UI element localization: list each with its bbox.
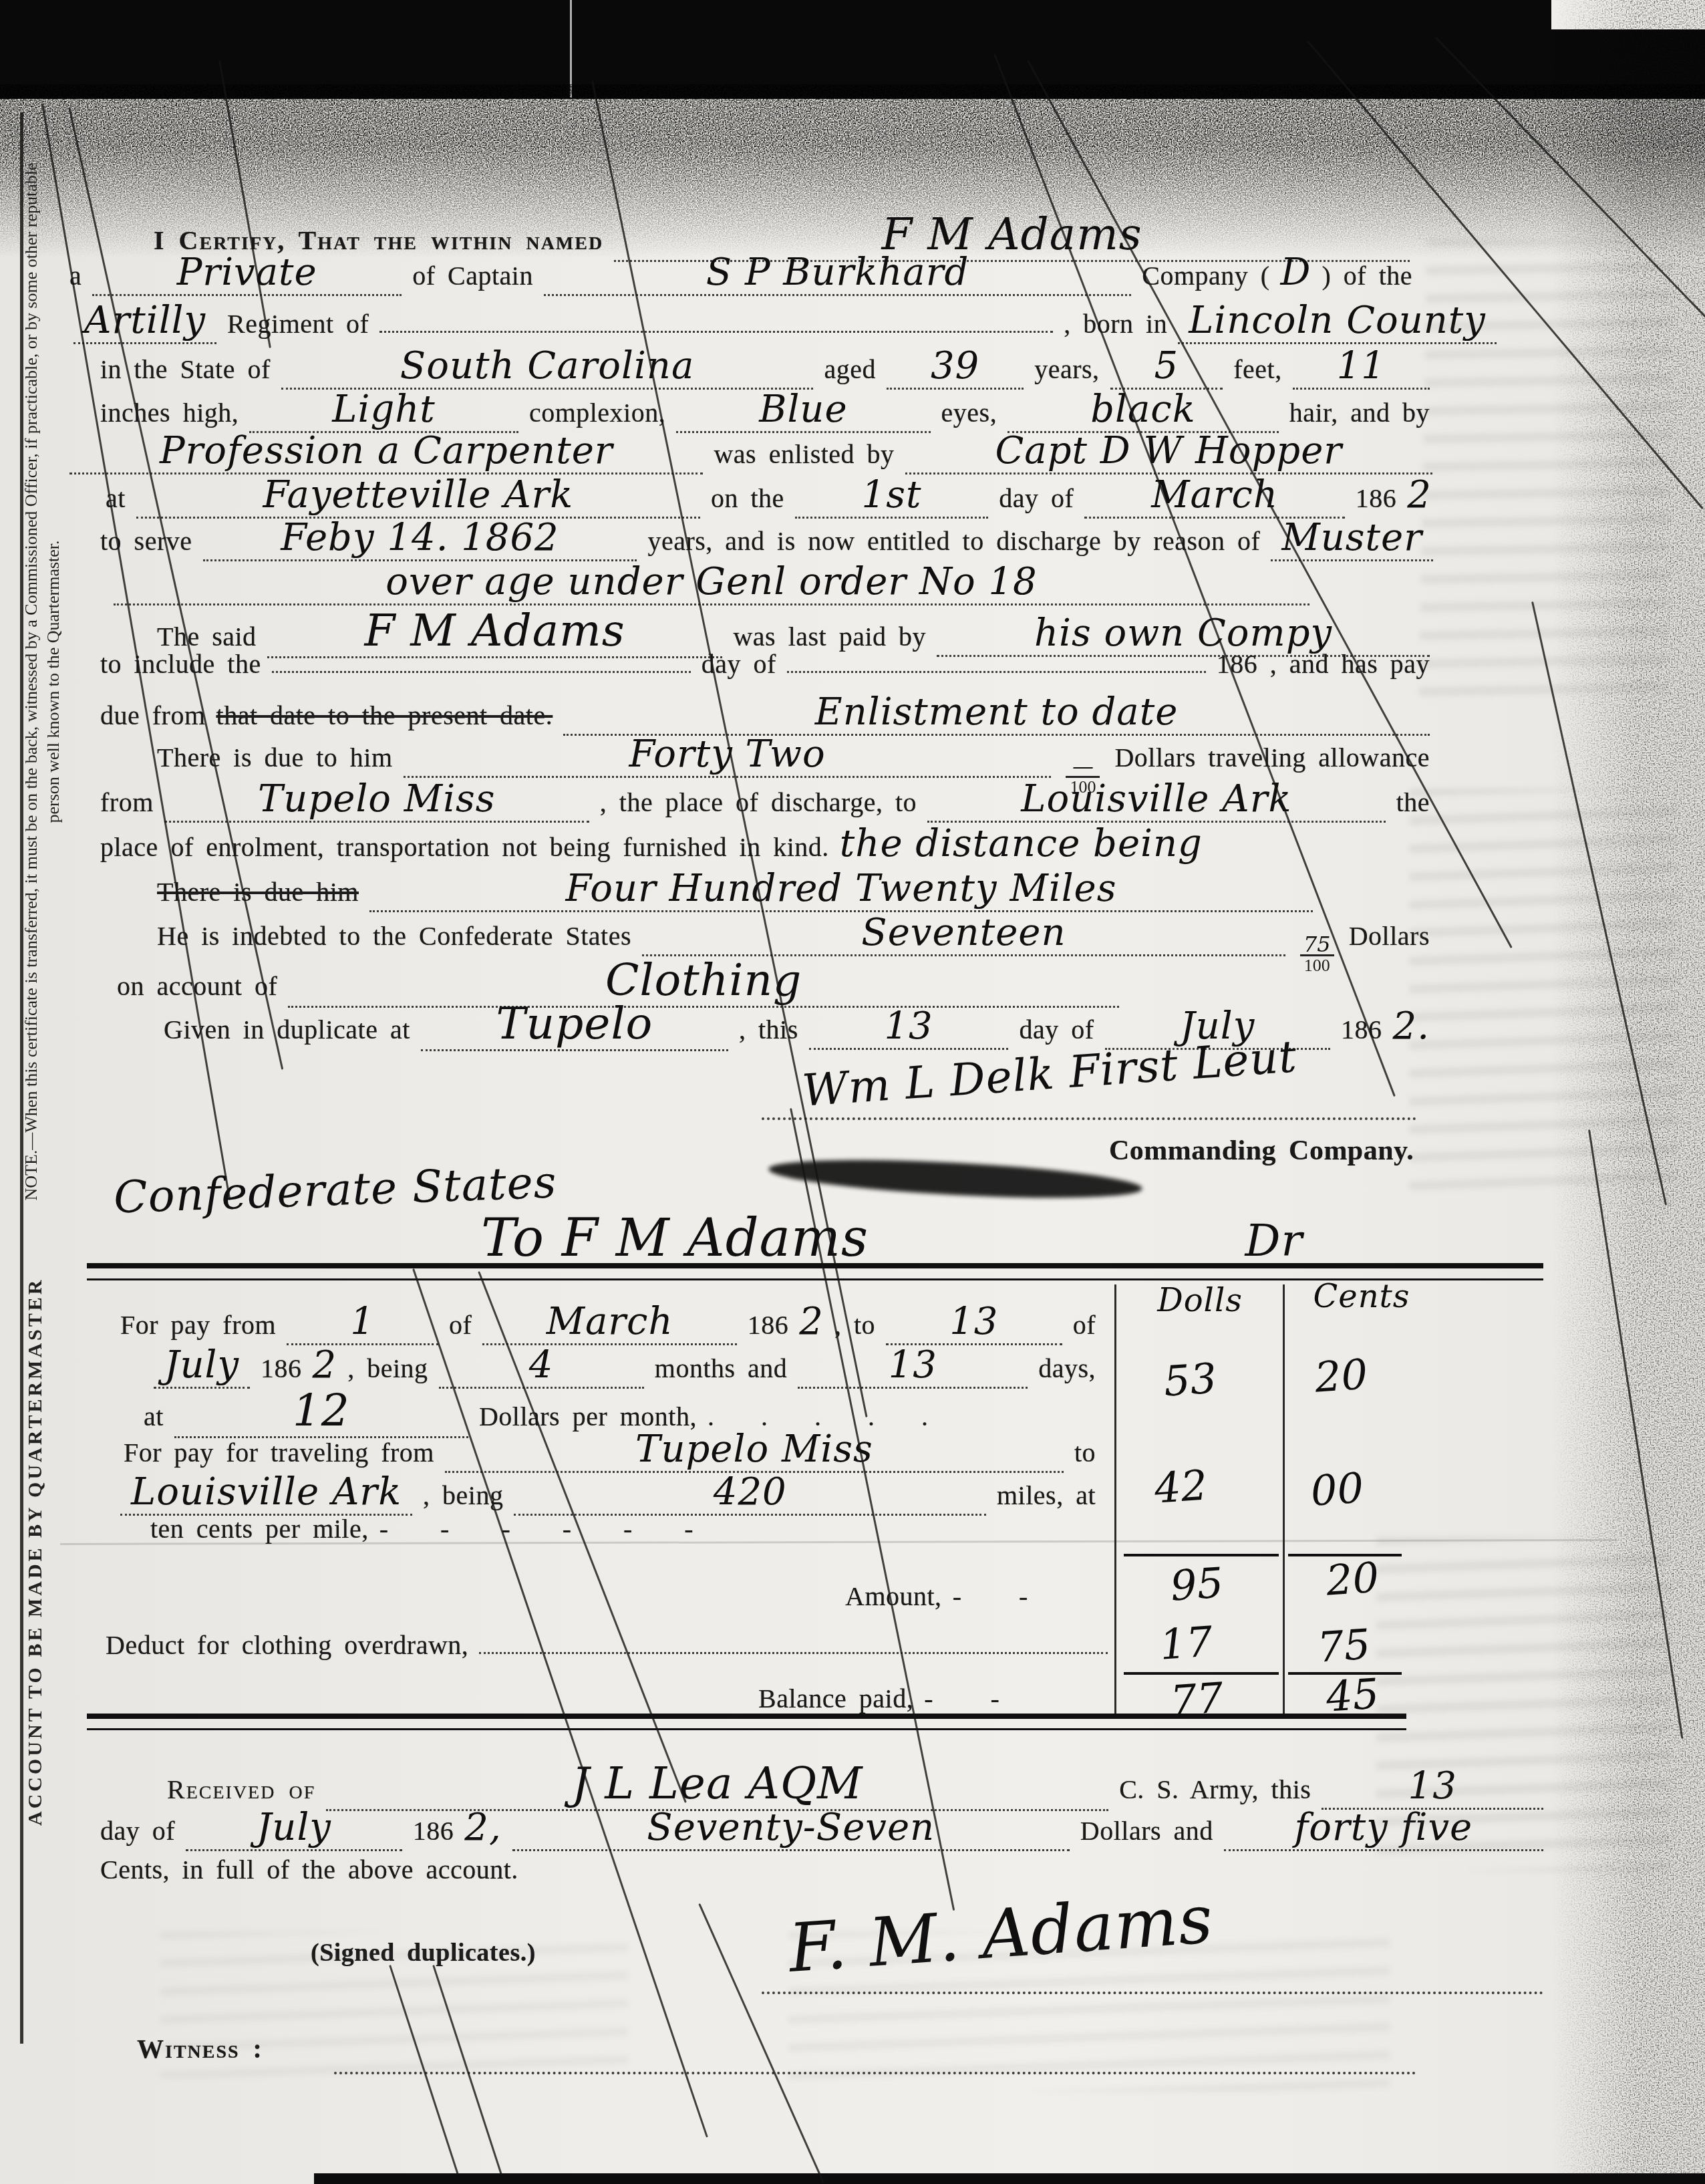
certificate-line-6: Profession a Carpenter was enlisted by C…: [69, 429, 1432, 474]
to-debtor-text: To F M Adams: [481, 1208, 869, 1268]
enlist-month-fill: March: [1084, 473, 1345, 519]
age-fill: 39: [887, 344, 1024, 390]
print-to-2: , to: [834, 1309, 875, 1341]
print-entitled-discharge: years, and is now entitled to discharge …: [647, 525, 1260, 557]
days-count-fill: 13: [798, 1343, 1028, 1389]
enrolment-place-fill: Louisville Ark: [927, 777, 1386, 823]
bleed-through-text: [1376, 1537, 1670, 1871]
indebted-cents-fraction: 75 100: [1300, 935, 1334, 973]
debtor-dr: Dr: [1245, 1215, 1303, 1266]
table-row-pay-1: For pay from 1 of March 186 2 , to 13 of: [120, 1300, 1096, 1345]
dash-leader-mile: - - - - - -: [379, 1513, 714, 1544]
col-header-dolls: Dolls: [1120, 1282, 1280, 1319]
table-row-travel-1: For pay for traveling from Tupelo Miss t…: [124, 1427, 1096, 1473]
print-on-the: on the: [711, 483, 784, 514]
value-travel-dollars: 42: [1153, 1460, 1209, 1512]
miles-count: 420: [714, 1470, 787, 1514]
col-header-cents: Cents: [1288, 1278, 1435, 1315]
receipt-line-3: Cents, in full of the above account.: [100, 1854, 518, 1885]
print-inches-high: inches high,: [100, 397, 239, 428]
officer-title-text: Commanding Company.: [1109, 1135, 1414, 1166]
print-place-of-discharge-to: , the place of discharge, to: [600, 787, 917, 818]
pay-to-day-fill: 13: [886, 1300, 1062, 1345]
pay-month-fill: March: [482, 1300, 736, 1345]
serve-term: Feby 14. 1862: [281, 516, 559, 559]
print-struck-date-phrase: that date to the present date.: [216, 700, 553, 731]
print-balance-paid: Balance paid,: [758, 1683, 913, 1714]
ink-smudge: [768, 1153, 1143, 1204]
travel-from-fill: Tupelo Miss: [445, 1427, 1064, 1473]
certificate-line-16: There is due him Four Hundred Twenty Mil…: [157, 867, 1313, 912]
print-pay-traveling-from: For pay for traveling from: [124, 1437, 434, 1468]
print-186-3: 186: [748, 1309, 789, 1341]
eyes-fill: Blue: [676, 388, 930, 433]
enlisting-officer-fill: Capt D W Hopper: [905, 429, 1432, 474]
print-hair-and-by: hair, and by: [1289, 397, 1430, 428]
certificate-line-4: in the State of South Carolina aged 39 y…: [100, 344, 1430, 390]
eye-color: Blue: [759, 388, 847, 431]
blank-include-month: [787, 671, 1206, 673]
given-place-fill: Tupelo: [421, 998, 728, 1051]
table-row-pay-2: July 186 2 , being 4 months and 13 days,: [154, 1343, 1096, 1389]
months-count: 4: [529, 1343, 554, 1387]
certificate-line-3: Artilly Regiment of , born in Lincoln Co…: [73, 299, 1497, 344]
table-top-rule-thick: [87, 1263, 1543, 1268]
discharge-reason: Muster: [1281, 516, 1422, 559]
scan-border-bottom: [314, 2173, 1705, 2184]
print-has-pay: 186 , and has pay: [1217, 648, 1430, 680]
discharge-place-fill: Tupelo Miss: [164, 777, 589, 823]
given-day: 13: [884, 1004, 933, 1048]
print-for-pay-from: For pay from: [120, 1309, 276, 1341]
receipt-month: July: [257, 1806, 331, 1849]
margin-account-text: ACCOUNT TO BE MADE BY QUARTERMASTER: [24, 1278, 46, 1826]
indebted-cents-numerator: 75: [1303, 935, 1331, 954]
miles-fill: 420: [514, 1470, 986, 1516]
table-row-travel-2: Louisville Ark , being 420 miles, at: [120, 1470, 1096, 1516]
print-dollars-and: Dollars and: [1080, 1815, 1213, 1847]
indebted-cents-denominator: 100: [1300, 954, 1334, 973]
distance-note: the distance being: [840, 822, 1203, 865]
discharge-place: Tupelo Miss: [258, 777, 496, 821]
officer-signature-line: [762, 1117, 1416, 1120]
hair-fill: black: [1007, 388, 1279, 433]
enlistment-place: Fayetteville Ark: [263, 473, 573, 517]
given-place: Tupelo: [496, 998, 653, 1049]
print-day-of-4: day of: [100, 1815, 175, 1847]
print-deduct-clothing: Deduct for clothing overdrawn,: [106, 1629, 468, 1661]
height-feet: 5: [1154, 344, 1179, 388]
print-from: from: [100, 787, 154, 818]
print-being: , being: [347, 1353, 428, 1384]
margin-note-text: NOTE.—When this certificate is transferr…: [21, 163, 63, 1201]
bleed-through-text: [788, 1931, 1390, 2092]
print-traveling-allowance: Dollars traveling allowance: [1114, 742, 1430, 773]
print-being-2: , being: [423, 1480, 503, 1511]
print-months-and: months and: [655, 1353, 788, 1384]
sum-rule-dolls-1: [1124, 1554, 1279, 1556]
print-received-of: Received of: [167, 1774, 315, 1805]
inches-fill: 11: [1293, 344, 1430, 390]
pay-day-fill: 1: [287, 1300, 438, 1345]
indebted-fill: Seventeen: [642, 911, 1285, 956]
print-of-4: of: [449, 1309, 472, 1341]
occupation: Profession a Carpenter: [160, 429, 613, 472]
print-186: 186: [1356, 483, 1397, 514]
print-days: days,: [1038, 1353, 1096, 1384]
print-struck-due-him: There is due him: [157, 876, 359, 908]
certificate-line-2: a Private of Captain S P Burkhard Compan…: [69, 251, 1412, 296]
table-bottom-rule-thick: [87, 1714, 1406, 1719]
blank-fill: [379, 331, 1053, 333]
miles-words: Four Hundred Twenty Miles: [565, 867, 1116, 910]
table-row-deduct: Deduct for clothing overdrawn,: [106, 1629, 1108, 1661]
print-eyes: eyes,: [941, 397, 997, 428]
certificate-line-8: to serve Feby 14. 1862 years, and is now…: [100, 516, 1433, 561]
col-header-cents-text: Cents: [1313, 1278, 1410, 1315]
discharge-reason-2-fill: over age under Genl order No 18: [114, 560, 1309, 605]
print-to-3: to: [1074, 1437, 1096, 1468]
value-amount-dollars: 95: [1169, 1558, 1225, 1610]
pay-to-month-fill: July: [154, 1343, 250, 1389]
print-to-include: to include the: [100, 648, 261, 680]
discharge-reason-2: over age under Genl order No 18: [385, 560, 1037, 603]
value-deduct-cents: 75: [1316, 1619, 1372, 1671]
height-inches: 11: [1337, 344, 1386, 388]
print-ten-cents: ten cents per mile,: [150, 1513, 369, 1544]
travel-cents-numerator: —: [1072, 757, 1094, 776]
receipt-line-1: Received of J L Lea AQM C. S. Army, this…: [167, 1758, 1543, 1811]
pay-to-year: 2: [313, 1343, 337, 1387]
age: 39: [931, 344, 979, 388]
table-rule-dollars-cents: [1283, 1284, 1285, 1714]
value-amount-cents: 20: [1325, 1552, 1381, 1605]
bleed-through-text: [160, 1931, 628, 2078]
discharge-reason-fill: Muster: [1271, 516, 1433, 561]
hair-color: black: [1090, 388, 1195, 431]
dash-leader-amount: - -: [953, 1581, 1051, 1612]
certificate-line-5: inches high, Light complexion, Blue eyes…: [100, 388, 1430, 433]
enlist-place-fill: Fayetteville Ark: [136, 473, 700, 519]
receipt-month-fill: July: [186, 1806, 402, 1851]
occupation-fill: Profession a Carpenter: [69, 429, 703, 474]
print-regiment-of: Regiment of: [227, 308, 369, 339]
print-born-in: , born in: [1064, 308, 1167, 339]
print-indebted: He is indebted to the Confederate States: [157, 920, 631, 952]
certificate-line-15: place of enrolment, transportation not b…: [100, 822, 1430, 865]
print-years: years,: [1034, 354, 1099, 385]
enlistment-day: 1st: [862, 473, 922, 517]
print-enlisted-by: was enlisted by: [714, 438, 894, 470]
pay-to-month: July: [164, 1343, 239, 1387]
officer-title: Commanding Company.: [1109, 1135, 1414, 1167]
print-cs-army-this: C. S. Army, this: [1119, 1774, 1311, 1805]
serve-term-fill: Feby 14. 1862: [203, 516, 637, 561]
travel-to: Louisville Ark: [131, 1470, 402, 1514]
receipt-year-digit: 2,: [464, 1806, 501, 1849]
certificate-line-7: at Fayetteville Ark on the 1st day of Ma…: [106, 473, 1432, 519]
value-pay-dollars: 53: [1162, 1353, 1219, 1405]
document-page: NOTE.—When this certificate is transferr…: [0, 0, 1705, 2184]
complexion-fill: Light: [249, 388, 518, 433]
receipt-line-2: day of July 186 2, Seventy-Seven Dollars…: [100, 1806, 1543, 1851]
print-186-2: 186: [1341, 1014, 1382, 1045]
print-day-of: day of: [999, 483, 1074, 514]
travel-from: Tupelo Miss: [635, 1427, 873, 1471]
pay-from-day: 1: [350, 1300, 375, 1343]
print-feet: feet,: [1233, 354, 1281, 385]
table-rule-dollars-left: [1114, 1284, 1116, 1714]
deduct-leader: [479, 1652, 1108, 1654]
print-due-from: due from: [100, 700, 206, 731]
print-186-4: 186: [261, 1353, 302, 1384]
table-row-travel-3: ten cents per mile, - - - - - -: [150, 1513, 1099, 1544]
feet-fill: 5: [1110, 344, 1223, 390]
print-enrolment-kind: place of enrolment, transportation not b…: [100, 831, 829, 863]
days-count: 13: [889, 1343, 937, 1387]
miles-words-fill: Four Hundred Twenty Miles: [369, 867, 1313, 912]
print-complexion: complexion,: [529, 397, 665, 428]
bleed-through-text: [1419, 239, 1674, 710]
rank: Private: [177, 251, 317, 294]
print-of-captain: of Captain: [412, 260, 533, 291]
captain-name: S P Burkhard: [706, 251, 969, 294]
due-from-fill: Enlistment to date: [563, 690, 1430, 736]
pay-from-year: 2: [799, 1300, 824, 1343]
print-amount: Amount,: [845, 1581, 942, 1612]
print-of-the: ) of the: [1322, 260, 1412, 291]
table-row-amount: Amount, - -: [845, 1581, 1106, 1612]
print-there-is-due: There is due to him: [157, 742, 393, 773]
travel-to-fill: Louisville Ark: [120, 1470, 412, 1516]
print-miles-at: miles, at: [997, 1480, 1096, 1511]
enlisting-officer: Capt D W Hopper: [995, 429, 1342, 472]
margin-note-transfer: NOTE.—When this certificate is transferr…: [20, 160, 64, 1203]
table-bottom-rule-thin: [87, 1728, 1406, 1730]
rank-fill: Private: [92, 251, 402, 296]
print-of-5: of: [1073, 1309, 1096, 1341]
value-pay-cents: 20: [1313, 1349, 1370, 1401]
bleed-through-text: [1410, 789, 1677, 1203]
col-header-dolls-text: Dolls: [1157, 1282, 1243, 1319]
complexion: Light: [332, 388, 436, 431]
state-fill: South Carolina: [281, 344, 814, 390]
pay-to-day: 13: [949, 1300, 998, 1343]
certificate-line-9: over age under Genl order No 18: [114, 560, 1309, 605]
company-letter: D: [1281, 251, 1311, 294]
margin-note-quartermaster: ACCOUNT TO BE MADE BY QUARTERMASTER: [24, 1244, 47, 1826]
value-travel-cents: 00: [1309, 1463, 1366, 1515]
account-heading-debtor: To F M Adams Dr: [481, 1208, 1303, 1268]
print-last-paid-by: was last paid by: [733, 621, 926, 652]
regiment-fill: Artilly: [73, 299, 216, 344]
print-day-of-3: day of: [1019, 1014, 1094, 1045]
scan-seam-line: [570, 0, 572, 98]
value-deduct-dollars: 17: [1158, 1617, 1215, 1669]
given-day-fill: 13: [809, 1004, 1009, 1050]
certificate-line-12: due from that date to the present date. …: [100, 690, 1430, 736]
due-from-note: Enlistment to date: [815, 690, 1179, 734]
certificate-line-14: from Tupelo Miss , the place of discharg…: [100, 777, 1430, 823]
print-company: Company (: [1142, 260, 1269, 291]
certificate-line-11: to include the day of 186 , and has pay: [100, 648, 1430, 680]
paymaster-name: J L Lea AQM: [572, 1758, 863, 1809]
regiment: Artilly: [84, 299, 206, 342]
print-186-5: 186: [413, 1815, 454, 1847]
dash-leader-balance: - -: [924, 1683, 1022, 1714]
pay-from-month: March: [547, 1300, 673, 1343]
print-on-account-of: on account of: [117, 970, 277, 1002]
months-count-fill: 4: [439, 1343, 644, 1389]
enlist-day-fill: 1st: [795, 473, 988, 519]
indebted-dollars-words: Seventeen: [861, 911, 1066, 954]
table-row-balance: Balance paid, - -: [758, 1683, 1106, 1714]
receipt-dollars-words: Seventy-Seven: [647, 1806, 935, 1849]
print-in-full: Cents, in full of the above account.: [100, 1855, 518, 1885]
paymaster-fill: J L Lea AQM: [326, 1758, 1108, 1811]
print-aged: aged: [824, 354, 876, 385]
print-the-said: The said: [157, 621, 257, 652]
enrolment-place: Louisville Ark: [1021, 777, 1291, 821]
blank-include-day: [272, 671, 691, 673]
